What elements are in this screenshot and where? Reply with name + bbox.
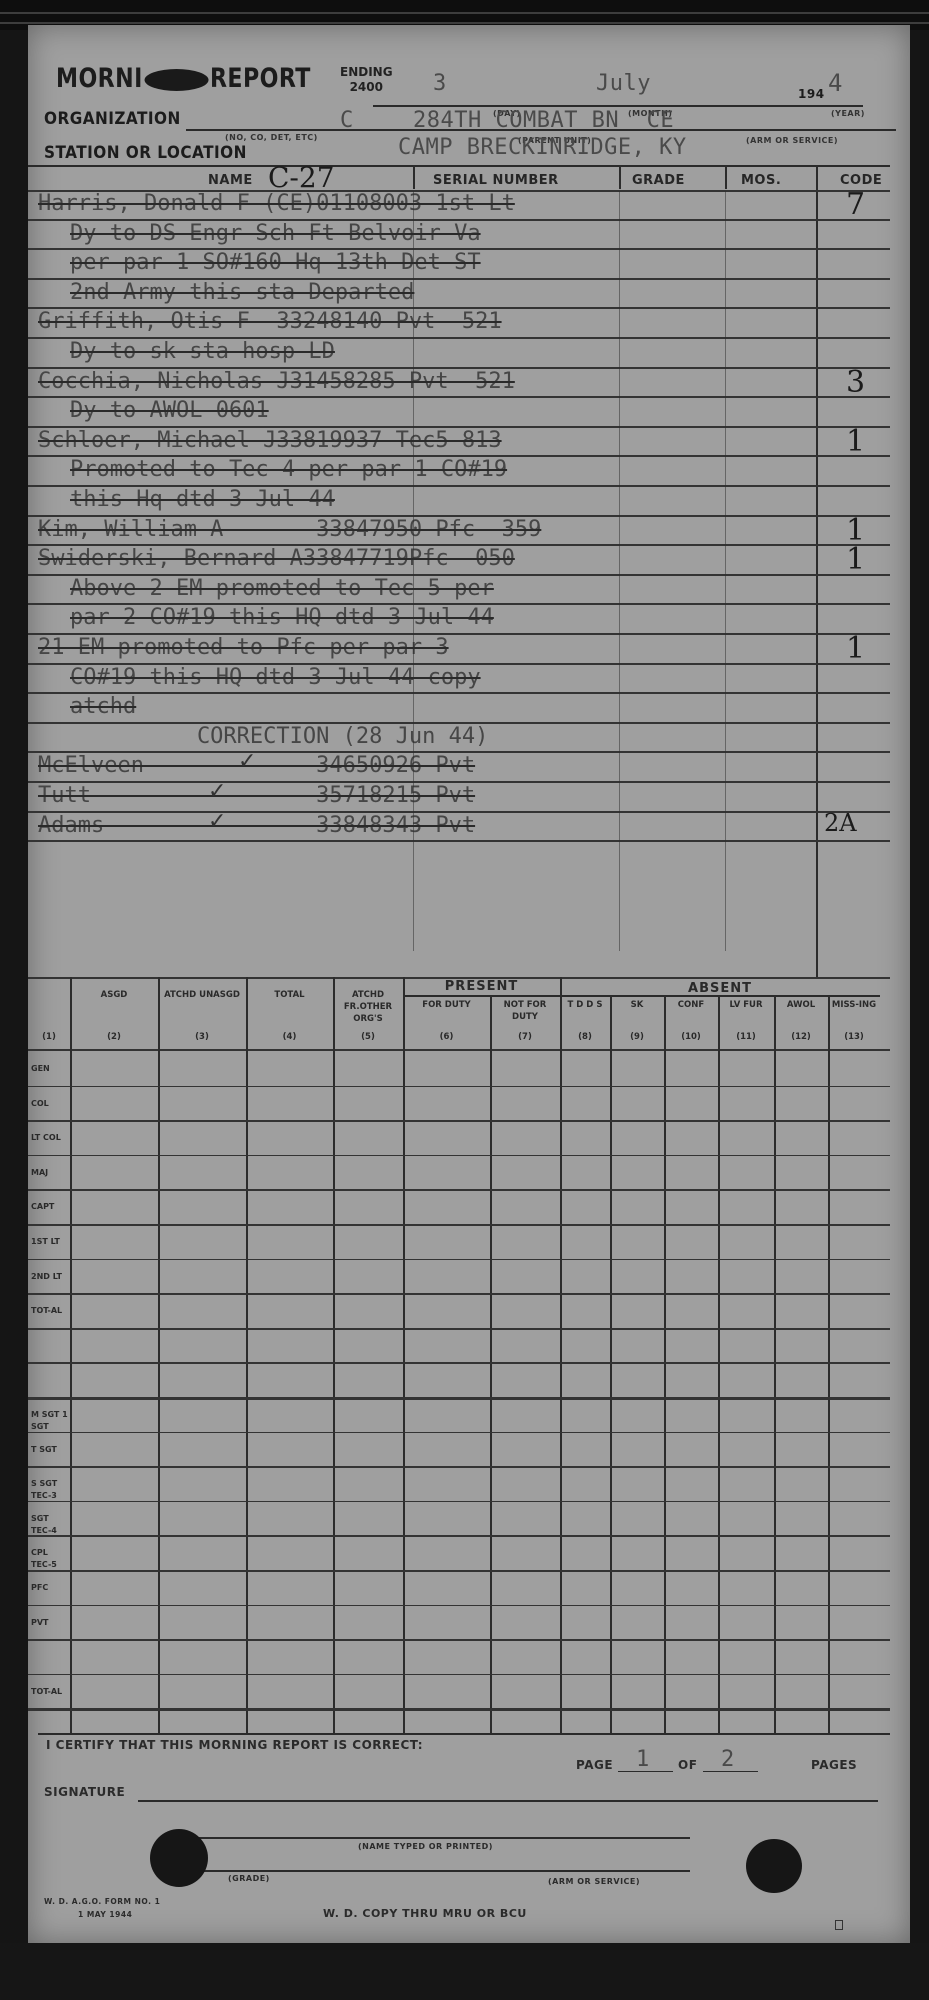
form-title: MORNIREPORT — [56, 63, 311, 94]
strength-cell[interactable] — [160, 1676, 244, 1707]
strength-cell[interactable] — [830, 1330, 878, 1361]
strength-cell[interactable] — [776, 1330, 826, 1361]
strength-cell[interactable] — [562, 1364, 608, 1395]
strength-cell[interactable] — [248, 1191, 331, 1222]
strength-cell[interactable] — [492, 1122, 558, 1153]
strength-cell[interactable] — [612, 1122, 662, 1153]
signature-label: SIGNATURE — [44, 1785, 125, 1799]
strength-cell[interactable] — [72, 1468, 156, 1499]
strength-cell[interactable] — [72, 1399, 156, 1430]
strength-cell[interactable] — [562, 1226, 608, 1257]
row-label: COL — [31, 1098, 69, 1110]
roster-line: Kim, William A 33847950 Pfc 359 — [38, 517, 541, 542]
strength-cell[interactable] — [562, 1157, 608, 1188]
strength-cell[interactable] — [666, 1607, 716, 1638]
strength-cell[interactable] — [492, 1295, 558, 1326]
strength-table: PRESENTABSENT(1)ASGD(2)ATCHD UNASGD(3)TO… — [28, 977, 890, 1742]
strength-cell[interactable] — [160, 1399, 244, 1430]
strength-cell[interactable] — [830, 1503, 878, 1534]
strength-cell[interactable] — [562, 1399, 608, 1430]
strength-cell[interactable] — [492, 1226, 558, 1257]
strength-cell[interactable] — [720, 1191, 772, 1222]
strength-cell[interactable] — [720, 1572, 772, 1603]
strength-cell[interactable] — [666, 1053, 716, 1084]
strength-cell[interactable] — [248, 1468, 331, 1499]
strength-cell[interactable] — [612, 1295, 662, 1326]
strength-cell[interactable] — [248, 1572, 331, 1603]
strength-cell[interactable] — [830, 1261, 878, 1292]
strength-cell[interactable] — [666, 1641, 716, 1672]
row-label: TOT-AL — [31, 1305, 69, 1317]
strength-cell[interactable] — [72, 1191, 156, 1222]
strength-cell[interactable] — [562, 1468, 608, 1499]
strength-cell[interactable] — [72, 1364, 156, 1395]
strength-cell[interactable] — [720, 1468, 772, 1499]
year-suffix: 4 — [828, 69, 843, 97]
strength-cell[interactable] — [562, 1434, 608, 1465]
strength-cell[interactable] — [612, 1399, 662, 1430]
strength-cell[interactable] — [335, 1295, 401, 1326]
column-header: MISS-ING — [828, 999, 880, 1011]
strength-cell[interactable] — [160, 1261, 244, 1292]
strength-cell[interactable] — [160, 1537, 244, 1568]
strength-cell[interactable] — [160, 1503, 244, 1534]
strength-cell[interactable] — [720, 1330, 772, 1361]
strength-cell[interactable] — [492, 1676, 558, 1707]
strength-cell[interactable] — [335, 1468, 401, 1499]
strength-cell[interactable] — [830, 1399, 878, 1430]
row-label: GEN — [31, 1063, 69, 1075]
page-label: PAGE — [576, 1758, 613, 1772]
form-id-line2: 1 MAY 1944 — [78, 1910, 132, 1919]
strength-cell[interactable] — [492, 1261, 558, 1292]
strength-cell[interactable] — [335, 1399, 401, 1430]
code-mark: 7 — [846, 187, 865, 222]
column-header: AWOL — [774, 999, 828, 1011]
roster-line: Adams 33848343 Pvt — [38, 813, 475, 838]
strength-cell[interactable] — [720, 1676, 772, 1707]
roster-line: Tutt 35718215 Pvt — [38, 783, 475, 808]
strength-cell[interactable] — [666, 1434, 716, 1465]
strength-cell[interactable] — [405, 1053, 488, 1084]
group-present: PRESENT — [403, 979, 560, 994]
strength-cell[interactable] — [405, 1330, 488, 1361]
report-day: 3 — [433, 71, 447, 96]
row-label: PFC — [31, 1582, 69, 1594]
strength-cell[interactable] — [492, 1157, 558, 1188]
strength-cell[interactable] — [720, 1641, 772, 1672]
strength-cell[interactable] — [776, 1122, 826, 1153]
strength-cell[interactable] — [160, 1434, 244, 1465]
strength-cell[interactable] — [562, 1053, 608, 1084]
strength-cell[interactable] — [830, 1468, 878, 1499]
strength-cell[interactable] — [72, 1537, 156, 1568]
roster-line: Promoted to Tec 4 per par 1 CO#19 — [70, 457, 507, 482]
roster-line: Dy to sk sta hosp LD — [70, 339, 335, 364]
strength-cell[interactable] — [612, 1641, 662, 1672]
strength-cell[interactable] — [492, 1537, 558, 1568]
checkmark-icon: ✓ — [208, 809, 226, 834]
strength-cell[interactable] — [160, 1607, 244, 1638]
strength-cell[interactable] — [72, 1330, 156, 1361]
strength-cell[interactable] — [666, 1537, 716, 1568]
row-label: PVT — [31, 1617, 69, 1629]
strength-cell[interactable] — [666, 1572, 716, 1603]
strength-cell[interactable] — [776, 1053, 826, 1084]
strength-cell[interactable] — [830, 1088, 878, 1119]
corner-mark — [835, 1920, 843, 1930]
strength-cell[interactable] — [335, 1434, 401, 1465]
strength-cell[interactable] — [248, 1122, 331, 1153]
strength-cell[interactable] — [776, 1468, 826, 1499]
column-header: CONF — [664, 999, 718, 1011]
strength-cell[interactable] — [666, 1122, 716, 1153]
strength-cell[interactable] — [160, 1053, 244, 1084]
strength-cell[interactable] — [666, 1468, 716, 1499]
strength-cell[interactable] — [248, 1641, 331, 1672]
strength-cell[interactable] — [666, 1364, 716, 1395]
strength-cell[interactable] — [248, 1088, 331, 1119]
column-number: (11) — [718, 1031, 774, 1043]
strength-cell[interactable] — [335, 1676, 401, 1707]
strength-cell[interactable] — [562, 1330, 608, 1361]
roster-line: par 2 CO#19 this HQ dtd 3 Jul 44 — [70, 605, 494, 630]
strength-cell[interactable] — [830, 1122, 878, 1153]
strength-cell[interactable] — [776, 1537, 826, 1568]
strength-cell[interactable] — [612, 1572, 662, 1603]
strength-cell[interactable] — [160, 1364, 244, 1395]
strength-cell[interactable] — [335, 1261, 401, 1292]
grade-arm-line[interactable] — [180, 1870, 690, 1872]
strength-cell[interactable] — [612, 1330, 662, 1361]
strength-cell[interactable] — [405, 1641, 488, 1672]
strength-cell[interactable] — [776, 1157, 826, 1188]
strength-cell[interactable] — [248, 1364, 331, 1395]
ending-time: 2400 — [340, 80, 393, 95]
strength-cell[interactable] — [720, 1503, 772, 1534]
strength-cell[interactable] — [335, 1330, 401, 1361]
strength-cell[interactable] — [405, 1468, 488, 1499]
column-number: (7) — [490, 1031, 560, 1043]
strength-cell[interactable] — [492, 1088, 558, 1119]
punch-hole-right — [746, 1839, 802, 1893]
strength-cell[interactable] — [666, 1191, 716, 1222]
strength-cell[interactable] — [720, 1607, 772, 1638]
strength-cell[interactable] — [335, 1572, 401, 1603]
strength-cell[interactable] — [248, 1676, 331, 1707]
roster-line: Cocchia, Nicholas J31458285 Pvt 521 — [38, 369, 515, 394]
strength-cell[interactable] — [405, 1261, 488, 1292]
strength-cell[interactable] — [830, 1191, 878, 1222]
strength-cell[interactable] — [405, 1537, 488, 1568]
strength-cell[interactable] — [612, 1226, 662, 1257]
strength-cell[interactable] — [720, 1053, 772, 1084]
strength-cell[interactable] — [335, 1226, 401, 1257]
column-guide — [413, 191, 414, 951]
strength-cell[interactable] — [776, 1503, 826, 1534]
ruled-line — [28, 840, 890, 842]
strength-cell[interactable] — [562, 1676, 608, 1707]
strength-cell[interactable] — [776, 1641, 826, 1672]
column-header: ATCHD FR.OTHER ORG'S — [333, 989, 403, 1025]
strength-cell[interactable] — [160, 1088, 244, 1119]
strength-cell[interactable] — [335, 1503, 401, 1534]
ink-blot — [144, 69, 208, 91]
roster-section: NAME C-27 SERIAL NUMBER GRADE MOS. CODE … — [28, 165, 890, 965]
strength-cell[interactable] — [776, 1088, 826, 1119]
strength-cell[interactable] — [612, 1607, 662, 1638]
strength-cell[interactable] — [720, 1122, 772, 1153]
strength-cell[interactable] — [72, 1122, 156, 1153]
certify-statement: I CERTIFY THAT THIS MORNING REPORT IS CO… — [46, 1738, 423, 1752]
strength-cell[interactable] — [160, 1122, 244, 1153]
strength-cell[interactable] — [160, 1572, 244, 1603]
strength-cell[interactable] — [562, 1261, 608, 1292]
roster-line: Dy to AWOL 0601 — [70, 398, 269, 423]
strength-cell[interactable] — [666, 1295, 716, 1326]
strength-cell[interactable] — [72, 1572, 156, 1603]
strength-cell[interactable] — [492, 1641, 558, 1672]
strength-cell[interactable] — [248, 1537, 331, 1568]
strength-cell[interactable] — [612, 1676, 662, 1707]
column-number: (3) — [158, 1031, 246, 1043]
strength-cell[interactable] — [72, 1295, 156, 1326]
grid-row-line — [28, 1708, 890, 1711]
strength-cell[interactable] — [830, 1226, 878, 1257]
strength-cell[interactable] — [612, 1434, 662, 1465]
strength-cell[interactable] — [720, 1261, 772, 1292]
strength-cell[interactable] — [492, 1468, 558, 1499]
strength-cell[interactable] — [720, 1434, 772, 1465]
strength-cell[interactable] — [492, 1053, 558, 1084]
strength-cell[interactable] — [612, 1468, 662, 1499]
column-header-serial: SERIAL NUMBER — [433, 173, 559, 188]
strength-cell[interactable] — [612, 1157, 662, 1188]
strength-cell[interactable] — [160, 1191, 244, 1222]
strength-cell[interactable] — [248, 1503, 331, 1534]
strength-cell[interactable] — [72, 1503, 156, 1534]
strength-cell[interactable] — [720, 1295, 772, 1326]
strength-cell[interactable] — [160, 1226, 244, 1257]
station-label: STATION OR LOCATION — [44, 143, 247, 163]
column-guide — [619, 191, 620, 951]
strength-cell[interactable] — [720, 1226, 772, 1257]
column-header: FOR DUTY — [403, 999, 490, 1011]
strength-cell[interactable] — [405, 1191, 488, 1222]
strength-cell[interactable] — [562, 1537, 608, 1568]
strength-cell[interactable] — [830, 1053, 878, 1084]
strength-cell[interactable] — [492, 1434, 558, 1465]
column-header: NOT FOR DUTY — [490, 999, 560, 1023]
strength-cell[interactable] — [492, 1607, 558, 1638]
strength-cell[interactable] — [405, 1399, 488, 1430]
strength-cell[interactable] — [776, 1399, 826, 1430]
page-number: 1 — [636, 1747, 650, 1772]
strength-cell[interactable] — [160, 1330, 244, 1361]
strength-cell[interactable] — [335, 1088, 401, 1119]
strength-cell[interactable] — [776, 1261, 826, 1292]
strength-cell[interactable] — [335, 1157, 401, 1188]
roster-line: per par 1 SO#160 Hq 13th Det ST — [70, 250, 481, 275]
strength-cell[interactable] — [248, 1434, 331, 1465]
signature-line[interactable] — [138, 1800, 878, 1802]
strength-cell[interactable] — [720, 1399, 772, 1430]
strength-cell[interactable] — [492, 1191, 558, 1222]
strength-cell[interactable] — [160, 1295, 244, 1326]
strength-cell[interactable] — [612, 1088, 662, 1119]
strength-cell[interactable] — [72, 1607, 156, 1638]
strength-cell[interactable] — [776, 1191, 826, 1222]
strength-cell[interactable] — [830, 1676, 878, 1707]
strength-cell[interactable] — [666, 1088, 716, 1119]
column-header-name: NAME — [208, 173, 253, 188]
column-header-code: CODE — [840, 173, 882, 188]
strength-cell[interactable] — [830, 1607, 878, 1638]
row-label: T SGT — [31, 1444, 69, 1456]
strength-cell[interactable] — [405, 1434, 488, 1465]
strength-cell[interactable] — [72, 1157, 156, 1188]
strength-cell[interactable] — [830, 1364, 878, 1395]
column-header: ATCHD UNASGD — [158, 989, 246, 1001]
strength-cell[interactable] — [335, 1537, 401, 1568]
strength-cell[interactable] — [666, 1157, 716, 1188]
strength-cell[interactable] — [562, 1641, 608, 1672]
strength-cell[interactable] — [72, 1226, 156, 1257]
strength-cell[interactable] — [72, 1434, 156, 1465]
footer-top-rule — [38, 1733, 890, 1735]
strength-cell[interactable] — [720, 1088, 772, 1119]
strength-cell[interactable] — [562, 1503, 608, 1534]
strength-cell[interactable] — [248, 1330, 331, 1361]
strength-cell[interactable] — [405, 1607, 488, 1638]
strength-cell[interactable] — [776, 1295, 826, 1326]
strength-cell[interactable] — [405, 1364, 488, 1395]
column-number: (1) — [28, 1031, 70, 1043]
strength-cell[interactable] — [666, 1676, 716, 1707]
strength-cell[interactable] — [405, 1572, 488, 1603]
strength-cell[interactable] — [335, 1364, 401, 1395]
strength-cell[interactable] — [830, 1434, 878, 1465]
strength-cell[interactable] — [335, 1053, 401, 1084]
strength-cell[interactable] — [248, 1295, 331, 1326]
strength-cell[interactable] — [830, 1157, 878, 1188]
strength-cell[interactable] — [612, 1191, 662, 1222]
strength-cell[interactable] — [612, 1364, 662, 1395]
strength-cell[interactable] — [248, 1053, 331, 1084]
strength-cell[interactable] — [335, 1122, 401, 1153]
strength-cell[interactable] — [248, 1607, 331, 1638]
strength-cell[interactable] — [612, 1537, 662, 1568]
strength-cell[interactable] — [492, 1330, 558, 1361]
strength-cell[interactable] — [492, 1364, 558, 1395]
roster-line: CO#19 this HQ dtd 3 Jul 44 copy — [70, 665, 481, 690]
station-value: CAMP BRECKINRIDGE, KY — [398, 135, 687, 160]
strength-cell[interactable] — [248, 1261, 331, 1292]
strength-cell[interactable] — [248, 1226, 331, 1257]
strength-cell[interactable] — [72, 1261, 156, 1292]
column-number: (10) — [664, 1031, 718, 1043]
strength-cell[interactable] — [405, 1122, 488, 1153]
row-label: LT COL — [31, 1132, 69, 1144]
strength-cell[interactable] — [72, 1676, 156, 1707]
strength-cell[interactable] — [666, 1503, 716, 1534]
strength-cell[interactable] — [720, 1157, 772, 1188]
strength-cell[interactable] — [666, 1330, 716, 1361]
strength-cell[interactable] — [776, 1676, 826, 1707]
strength-cell[interactable] — [492, 1503, 558, 1534]
strength-cell[interactable] — [405, 1295, 488, 1326]
grade-caption: (GRADE) — [228, 1874, 270, 1883]
strength-cell[interactable] — [720, 1537, 772, 1568]
name-typed-line[interactable] — [180, 1837, 690, 1839]
strength-cell[interactable] — [776, 1364, 826, 1395]
strength-cell[interactable] — [72, 1641, 156, 1672]
punch-hole-left — [150, 1829, 208, 1887]
name-caption: (NAME TYPED OR PRINTED) — [358, 1842, 493, 1851]
strength-cell[interactable] — [562, 1572, 608, 1603]
strength-cell[interactable] — [160, 1157, 244, 1188]
strength-cell[interactable] — [776, 1226, 826, 1257]
roster-line: 2nd Army this sta Departed — [70, 280, 414, 305]
strength-cell[interactable] — [612, 1503, 662, 1534]
strength-cell[interactable] — [776, 1607, 826, 1638]
strength-cell[interactable] — [830, 1295, 878, 1326]
strength-cell[interactable] — [562, 1191, 608, 1222]
strength-cell[interactable] — [612, 1053, 662, 1084]
group-rule — [403, 995, 880, 997]
strength-cell[interactable] — [72, 1088, 156, 1119]
strength-cell[interactable] — [776, 1434, 826, 1465]
strength-cell[interactable] — [562, 1088, 608, 1119]
strength-cell[interactable] — [666, 1226, 716, 1257]
column-divider — [725, 165, 727, 189]
strength-cell[interactable] — [405, 1226, 488, 1257]
row-label: MAJ — [31, 1167, 69, 1179]
strength-cell[interactable] — [720, 1364, 772, 1395]
strength-cell[interactable] — [830, 1572, 878, 1603]
strength-cell[interactable] — [492, 1399, 558, 1430]
strength-cell[interactable] — [335, 1641, 401, 1672]
strength-cell[interactable] — [160, 1641, 244, 1672]
strength-cell[interactable] — [248, 1399, 331, 1430]
page-total: 2 — [721, 1747, 735, 1772]
strength-cell[interactable] — [335, 1191, 401, 1222]
strength-cell[interactable] — [335, 1607, 401, 1638]
row-label: 2ND LT — [31, 1271, 69, 1283]
strength-cell[interactable] — [72, 1053, 156, 1084]
strength-cell[interactable] — [405, 1088, 488, 1119]
strength-cell[interactable] — [562, 1122, 608, 1153]
roster-line: this Hq dtd 3 Jul 44 — [70, 487, 335, 512]
strength-cell[interactable] — [830, 1537, 878, 1568]
column-number: (9) — [610, 1031, 664, 1043]
report-month: July — [596, 71, 651, 96]
strength-cell[interactable] — [562, 1295, 608, 1326]
strength-cell[interactable] — [405, 1676, 488, 1707]
strength-cell[interactable] — [248, 1157, 331, 1188]
roster-line: Schloer, Michael J33819937 Tec5 813 — [38, 428, 502, 453]
strength-cell[interactable] — [666, 1399, 716, 1430]
strength-cell[interactable] — [562, 1607, 608, 1638]
strength-cell[interactable] — [492, 1572, 558, 1603]
strength-cell[interactable] — [666, 1261, 716, 1292]
strength-cell[interactable] — [830, 1641, 878, 1672]
strength-cell[interactable] — [612, 1261, 662, 1292]
strength-cell[interactable] — [776, 1572, 826, 1603]
strength-cell[interactable] — [405, 1157, 488, 1188]
strength-cell[interactable] — [160, 1468, 244, 1499]
strength-cell[interactable] — [405, 1503, 488, 1534]
